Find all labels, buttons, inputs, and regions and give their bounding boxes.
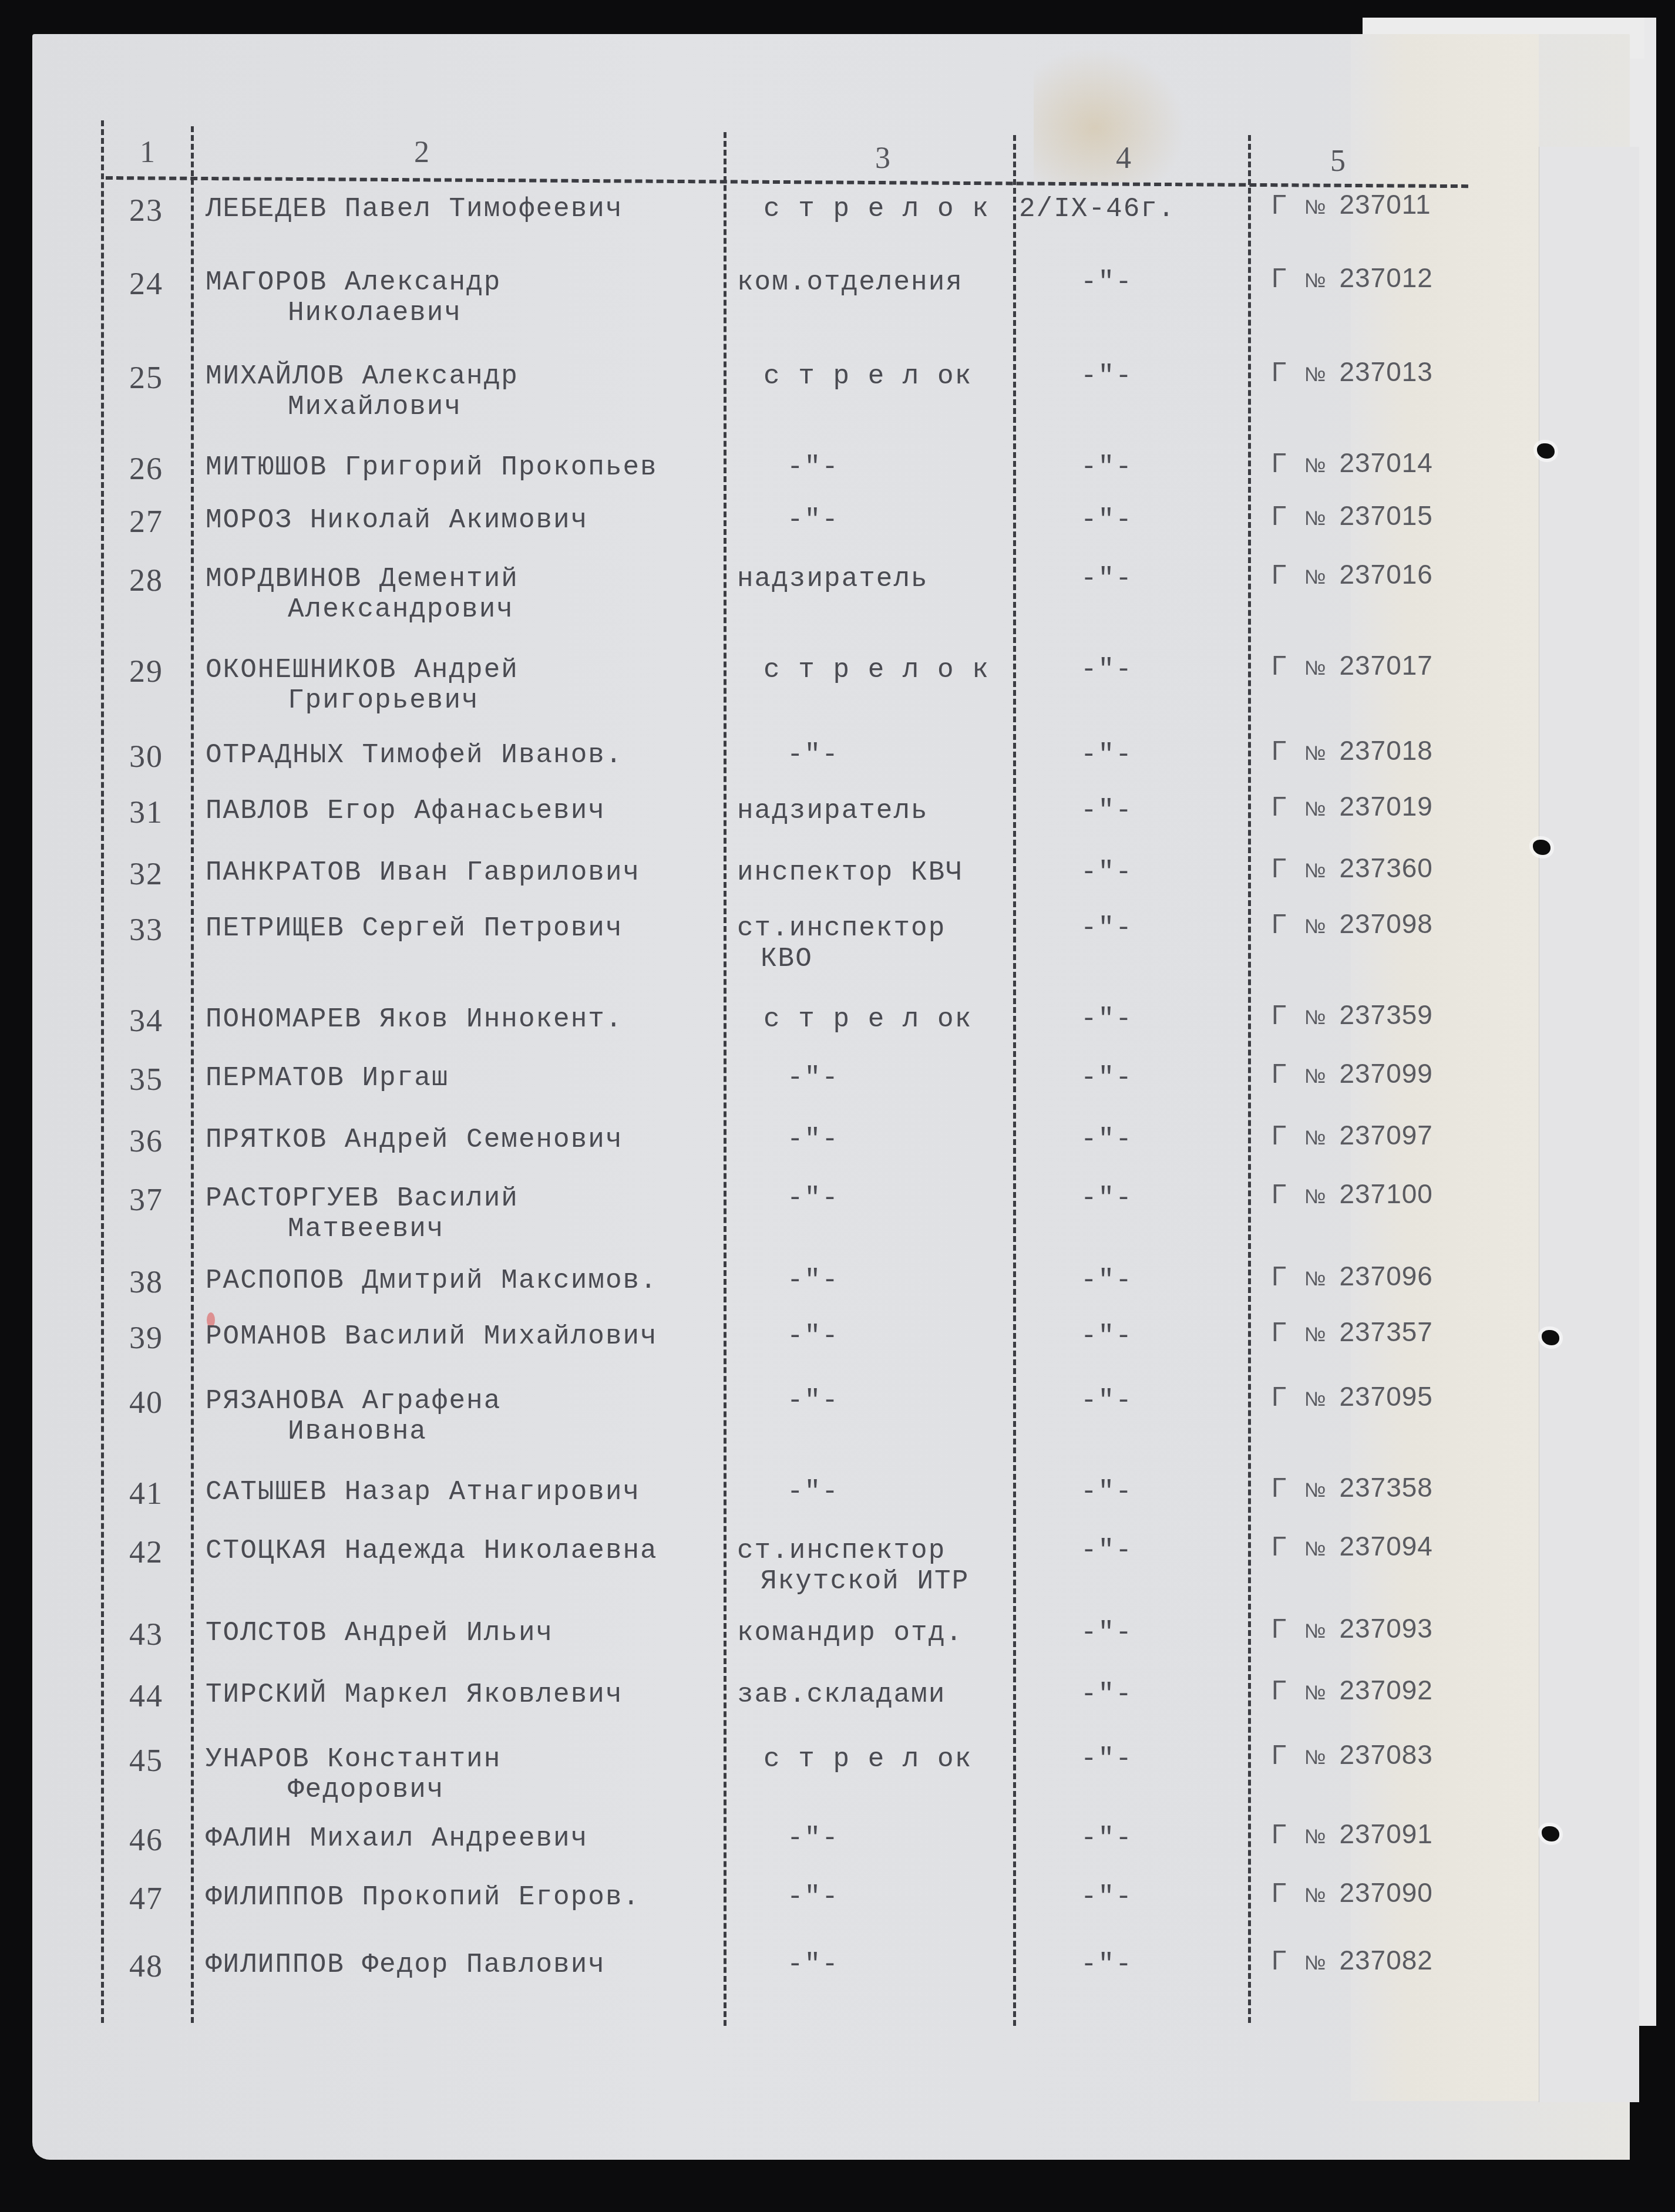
name-line-1: РОМАНОВ Василий Михайлович	[206, 1321, 658, 1352]
document-number: Г№237099	[1272, 1058, 1433, 1092]
position-line-1: ст.инспектор	[737, 913, 946, 944]
row-number: 38	[129, 1267, 163, 1297]
name-line-1: СТОЦКАЯ Надежда Николаевна	[206, 1536, 658, 1566]
doc-no: 237082	[1339, 1945, 1433, 1975]
doc-no: 237095	[1339, 1381, 1433, 1412]
position: с т р е л ок	[763, 361, 972, 392]
position-line-1: ст.инспектор	[737, 1536, 946, 1566]
date: -"-	[1081, 1265, 1133, 1296]
full-name: ОКОНЕШНИКОВ АндрейГригорьевич	[206, 655, 519, 716]
full-name: МАГОРОВ АлександрНиколаевич	[206, 267, 501, 328]
name-line-1: ОТРАДНЫХ Тимофей Иванов.	[206, 740, 623, 770]
name-line-1: РЯЗАНОВА Аграфена	[206, 1386, 501, 1416]
doc-no: 237092	[1339, 1675, 1433, 1705]
full-name: САТЫШЕВ Назар Атнагирович	[206, 1477, 640, 1507]
doc-no: 237019	[1339, 791, 1433, 821]
date: -"-	[1081, 505, 1133, 536]
full-name: СТОЦКАЯ Надежда Николаевна	[206, 1536, 658, 1566]
doc-series: Г	[1272, 853, 1287, 883]
position-line-2: Якутской ИТР	[737, 1566, 969, 1597]
position: с т р е л ок	[763, 1004, 972, 1035]
position: -"-	[787, 1183, 839, 1214]
doc-series: Г	[1272, 1179, 1287, 1209]
water-stain	[1034, 47, 1186, 182]
full-name: ФАЛИН Михаил Андреевич	[206, 1823, 588, 1854]
name-line-1: РАСПОПОВ Дмитрий Максимов.	[206, 1265, 658, 1296]
name-line-2: Михайлович	[206, 392, 519, 422]
position: -"-	[787, 1063, 839, 1093]
column-divider	[101, 120, 104, 2023]
date: -"-	[1081, 1744, 1133, 1775]
number-sign: №	[1304, 270, 1326, 292]
doc-no: 237099	[1339, 1058, 1433, 1089]
name-line-1: РАСТОРГУЕВ Василий	[206, 1183, 519, 1214]
document-number: Г№237015	[1272, 500, 1433, 534]
doc-series: Г	[1272, 1472, 1287, 1503]
doc-series: Г	[1272, 1613, 1287, 1644]
doc-no: 237090	[1339, 1877, 1433, 1908]
full-name: ПОНОМАРЕВ Яков Иннокент.	[206, 1004, 623, 1035]
position: надзиратель	[737, 796, 929, 826]
document-number: Г№237091	[1272, 1819, 1433, 1852]
number-sign: №	[1304, 1065, 1326, 1088]
full-name: МОРОЗ Николай Акимович	[206, 505, 588, 536]
number-sign: №	[1304, 1826, 1326, 1848]
document-number: Г№237082	[1272, 1945, 1433, 1978]
date: -"-	[1081, 740, 1133, 770]
doc-series: Г	[1272, 559, 1287, 590]
number-sign: №	[1304, 1746, 1326, 1769]
full-name: ПЕРМАТОВ Иргаш	[206, 1063, 449, 1093]
document-number: Г№237357	[1272, 1317, 1433, 1350]
full-name: РЯЗАНОВА АграфенаИвановна	[206, 1386, 501, 1447]
doc-series: Г	[1272, 1531, 1287, 1561]
row-number: 45	[129, 1745, 163, 1776]
name-line-2: Александрович	[206, 594, 519, 625]
number-sign: №	[1304, 1268, 1326, 1290]
doc-series: Г	[1272, 262, 1287, 293]
full-name: РОМАНОВ Василий Михайлович	[206, 1321, 658, 1352]
doc-series: Г	[1272, 1120, 1287, 1150]
position-line-1: -"-	[787, 1321, 839, 1352]
position: ст.инспекторКВО	[737, 913, 946, 974]
doc-series: Г	[1272, 1739, 1287, 1770]
number-sign: №	[1304, 1682, 1326, 1704]
number-sign: №	[1304, 1006, 1326, 1029]
full-name: ЛЕБЕДЕВ Павел Тимофеевич	[206, 194, 623, 224]
date: -"-	[1081, 267, 1133, 298]
doc-no: 237359	[1339, 999, 1433, 1030]
row-number: 44	[129, 1681, 163, 1711]
name-line-1: ЛЕБЕДЕВ Павел Тимофеевич	[206, 194, 623, 224]
document-number: Г№237011	[1272, 189, 1431, 223]
doc-no: 237360	[1339, 853, 1433, 883]
date: -"-	[1081, 1882, 1133, 1913]
column-number-4: 4	[1116, 141, 1131, 176]
date: -"-	[1081, 1004, 1133, 1035]
full-name: ФИЛИППОВ Прокопий Егоров.	[206, 1882, 640, 1913]
position: ком.отделения	[737, 267, 963, 298]
date: -"-	[1081, 857, 1133, 888]
doc-no: 237357	[1339, 1317, 1433, 1347]
document-number: Г№237095	[1272, 1381, 1433, 1415]
doc-no: 237358	[1339, 1472, 1433, 1503]
position-line-1: с т р е л ок	[763, 1004, 972, 1035]
doc-no: 237015	[1339, 500, 1433, 531]
name-line-1: ФИЛИППОВ Федор Павлович	[206, 1950, 606, 1980]
row-number: 29	[129, 656, 163, 686]
date: -"-	[1081, 1823, 1133, 1854]
name-line-1: МИХАЙЛОВ Александр	[206, 361, 519, 392]
row-number: 30	[129, 741, 163, 772]
number-sign: №	[1304, 798, 1326, 820]
full-name: ПЕТРИЩЕВ Сергей Петрович	[206, 913, 623, 944]
doc-series: Г	[1272, 999, 1287, 1030]
name-line-1: ТИРСКИЙ Маркел Яковлевич	[206, 1679, 623, 1710]
date: -"-	[1081, 1063, 1133, 1093]
date: -"-	[1081, 1321, 1133, 1352]
document-number: Г№237096	[1272, 1261, 1433, 1294]
date: -"-	[1081, 1386, 1133, 1416]
doc-no: 237018	[1339, 735, 1433, 766]
column-divider	[1013, 135, 1016, 2026]
doc-no: 237098	[1339, 908, 1433, 939]
date: -"-	[1081, 564, 1133, 594]
date: -"-	[1081, 1477, 1133, 1507]
doc-series: Г	[1272, 908, 1287, 939]
row-number: 47	[129, 1883, 163, 1914]
row-number: 35	[129, 1064, 163, 1095]
position-line-1: с т р е л о к	[763, 655, 990, 685]
date: -"-	[1081, 913, 1133, 944]
number-sign: №	[1304, 1538, 1326, 1560]
number-sign: №	[1304, 915, 1326, 938]
doc-series: Г	[1272, 1381, 1287, 1412]
row-number: 31	[129, 797, 163, 827]
position-line-1: инспектор КВЧ	[737, 857, 963, 888]
document-number: Г№237012	[1272, 262, 1433, 296]
name-line-1: ПАНКРАТОВ Иван Гаврилович	[206, 857, 640, 888]
doc-series: Г	[1272, 650, 1287, 681]
position: -"-	[787, 1477, 839, 1507]
row-number: 26	[129, 453, 163, 484]
document-number: Г№237359	[1272, 999, 1433, 1033]
row-number: 36	[129, 1126, 163, 1156]
number-sign: №	[1304, 566, 1326, 588]
column-number-1: 1	[140, 135, 155, 170]
doc-no: 237096	[1339, 1261, 1433, 1291]
date: -"-	[1081, 1618, 1133, 1648]
name-line-1: ПАВЛОВ Егор Афанасьевич	[206, 796, 606, 826]
document-number: Г№237017	[1272, 650, 1433, 684]
full-name: МОРДВИНОВ ДементийАлександрович	[206, 564, 519, 625]
position: с т р е л о к	[763, 194, 990, 224]
number-sign: №	[1304, 1620, 1326, 1642]
date: -"-	[1081, 1183, 1133, 1214]
document-number: Г№237360	[1272, 853, 1433, 886]
doc-no: 237016	[1339, 559, 1433, 590]
full-name: ТИРСКИЙ Маркел Яковлевич	[206, 1679, 623, 1710]
name-line-2: Матвеевич	[206, 1214, 519, 1244]
doc-no: 237014	[1339, 447, 1433, 478]
row-number: 34	[129, 1005, 163, 1036]
full-name: ФИЛИППОВ Федор Павлович	[206, 1950, 606, 1980]
doc-series: Г	[1272, 791, 1287, 821]
position-line-2: КВО	[737, 944, 946, 974]
position-line-1: зав.складами	[737, 1679, 946, 1710]
position: -"-	[787, 1823, 839, 1854]
doc-series: Г	[1272, 735, 1287, 766]
document-number: Г№237097	[1272, 1120, 1433, 1153]
position: -"-	[787, 452, 839, 483]
full-name: МИХАЙЛОВ АлександрМихайлович	[206, 361, 519, 422]
doc-no: 237093	[1339, 1613, 1433, 1644]
column-divider	[1248, 135, 1251, 2023]
column-number-3: 3	[875, 141, 890, 176]
document-number: Г№237090	[1272, 1877, 1433, 1911]
name-line-1: УНАРОВ Константин	[206, 1744, 501, 1775]
date: -"-	[1081, 1679, 1133, 1710]
doc-series: Г	[1272, 1675, 1287, 1705]
column-divider	[724, 132, 726, 2026]
doc-no: 237097	[1339, 1120, 1433, 1150]
row-number: 37	[129, 1184, 163, 1215]
position-line-1: -"-	[787, 505, 839, 536]
name-line-1: МАГОРОВ Александр	[206, 267, 501, 298]
number-sign: №	[1304, 363, 1326, 386]
doc-no: 237094	[1339, 1531, 1433, 1561]
document-number: Г№237098	[1272, 908, 1433, 942]
number-sign: №	[1304, 1127, 1326, 1149]
row-number: 23	[129, 195, 163, 225]
number-sign: №	[1304, 1186, 1326, 1208]
doc-no: 237083	[1339, 1739, 1433, 1770]
doc-series: Г	[1272, 1945, 1287, 1975]
doc-series: Г	[1272, 1261, 1287, 1291]
position: с т р е л о к	[763, 655, 990, 685]
document-number: Г№237083	[1272, 1739, 1433, 1773]
number-sign: №	[1304, 1479, 1326, 1501]
position-line-1: -"-	[787, 1950, 839, 1980]
position: зав.складами	[737, 1679, 946, 1710]
doc-series: Г	[1272, 1819, 1287, 1849]
position: с т р е л ок	[763, 1744, 972, 1775]
doc-series: Г	[1272, 1058, 1287, 1089]
number-sign: №	[1304, 1324, 1326, 1346]
number-sign: №	[1304, 860, 1326, 882]
position: ст.инспекторЯкутской ИТР	[737, 1536, 969, 1597]
doc-series: Г	[1272, 447, 1287, 478]
position-line-1: ком.отделения	[737, 267, 963, 298]
position-line-1: -"-	[787, 1265, 839, 1296]
row-number: 39	[129, 1322, 163, 1353]
date: 2/IX-46г.	[1019, 194, 1175, 224]
position-line-1: с т р е л ок	[763, 361, 972, 392]
position-line-1: -"-	[787, 452, 839, 483]
document-number: Г№237019	[1272, 791, 1433, 824]
doc-no: 237091	[1339, 1819, 1433, 1849]
position-line-1: -"-	[787, 740, 839, 770]
row-number: 43	[129, 1619, 163, 1649]
doc-no: 237100	[1339, 1179, 1433, 1209]
full-name: ТОЛСТОВ Андрей Ильич	[206, 1618, 553, 1648]
doc-series: Г	[1272, 189, 1287, 220]
full-name: УНАРОВ КонстантинФедорович	[206, 1744, 501, 1805]
doc-no: 237011	[1339, 189, 1431, 220]
row-number: 42	[129, 1537, 163, 1567]
doc-series: Г	[1272, 356, 1287, 387]
document-number: Г№237094	[1272, 1531, 1433, 1564]
doc-series: Г	[1272, 500, 1287, 531]
document-number: Г№237093	[1272, 1613, 1433, 1647]
number-sign: №	[1304, 196, 1326, 218]
date: -"-	[1081, 1124, 1133, 1155]
number-sign: №	[1304, 454, 1326, 477]
position: -"-	[787, 1950, 839, 1980]
document-number: Г№237016	[1272, 559, 1433, 592]
position: -"-	[787, 1882, 839, 1913]
row-number: 41	[129, 1478, 163, 1509]
number-sign: №	[1304, 742, 1326, 765]
number-sign: №	[1304, 1952, 1326, 1974]
position-line-1: -"-	[787, 1124, 839, 1155]
date: -"-	[1081, 452, 1133, 483]
full-name: РАСПОПОВ Дмитрий Максимов.	[206, 1265, 658, 1296]
full-name: РАСТОРГУЕВ ВасилийМатвеевич	[206, 1183, 519, 1244]
date: -"-	[1081, 655, 1133, 685]
position-line-1: -"-	[787, 1063, 839, 1093]
position-line-1: -"-	[787, 1386, 839, 1416]
name-line-2: Григорьевич	[206, 685, 519, 716]
position: -"-	[787, 1265, 839, 1296]
position: инспектор КВЧ	[737, 857, 963, 888]
number-sign: №	[1304, 1884, 1326, 1907]
full-name: МИТЮШОВ Григорий Прокопьев	[206, 452, 658, 483]
row-number: 25	[129, 362, 163, 393]
number-sign: №	[1304, 507, 1326, 530]
position-line-1: надзиратель	[737, 796, 929, 826]
document-number: Г№237358	[1272, 1472, 1433, 1506]
row-number: 27	[129, 506, 163, 537]
document-number: Г№237092	[1272, 1675, 1433, 1708]
document-number: Г№237014	[1272, 447, 1433, 481]
name-line-1: МОРДВИНОВ Дементий	[206, 564, 519, 594]
position-line-1: -"-	[787, 1183, 839, 1214]
doc-no: 237017	[1339, 650, 1433, 681]
position: -"-	[787, 1321, 839, 1352]
row-number: 24	[129, 268, 163, 299]
name-line-2: Федорович	[206, 1775, 501, 1805]
document-number: Г№237100	[1272, 1179, 1433, 1212]
name-line-1: ПЕРМАТОВ Иргаш	[206, 1063, 449, 1093]
name-line-2: Николаевич	[206, 298, 501, 328]
position-line-1: -"-	[787, 1882, 839, 1913]
name-line-1: ФИЛИППОВ Прокопий Егоров.	[206, 1882, 640, 1913]
position-line-1: -"-	[787, 1823, 839, 1854]
position: -"-	[787, 505, 839, 536]
doc-no: 237013	[1339, 356, 1433, 387]
name-line-1: ТОЛСТОВ Андрей Ильич	[206, 1618, 553, 1648]
name-line-1: ФАЛИН Михаил Андреевич	[206, 1823, 588, 1854]
name-line-1: МИТЮШОВ Григорий Прокопьев	[206, 452, 658, 483]
number-sign: №	[1304, 657, 1326, 679]
column-number-5: 5	[1330, 144, 1346, 179]
name-line-2: Ивановна	[206, 1416, 501, 1447]
position: надзиратель	[737, 564, 929, 594]
name-line-1: МОРОЗ Николай Акимович	[206, 505, 588, 536]
position-line-1: командир отд.	[737, 1618, 963, 1648]
row-number: 32	[129, 858, 163, 889]
position: -"-	[787, 1124, 839, 1155]
number-sign: №	[1304, 1388, 1326, 1410]
doc-no: 237012	[1339, 262, 1433, 293]
row-number: 28	[129, 565, 163, 595]
full-name: ОТРАДНЫХ Тимофей Иванов.	[206, 740, 623, 770]
row-number: 46	[129, 1824, 163, 1855]
binding-strip	[1539, 147, 1639, 2102]
row-number: 33	[129, 914, 163, 945]
full-name: ПАВЛОВ Егор Афанасьевич	[206, 796, 606, 826]
document-number: Г№237018	[1272, 735, 1433, 769]
name-line-1: ОКОНЕШНИКОВ Андрей	[206, 655, 519, 685]
doc-series: Г	[1272, 1317, 1287, 1347]
position-line-1: с т р е л о к	[763, 194, 990, 224]
position-line-1: с т р е л ок	[763, 1744, 972, 1775]
full-name: ПАНКРАТОВ Иван Гаврилович	[206, 857, 640, 888]
date: -"-	[1081, 1536, 1133, 1566]
name-line-1: ПОНОМАРЕВ Яков Иннокент.	[206, 1004, 623, 1035]
document-number: Г№237013	[1272, 356, 1433, 390]
date: -"-	[1081, 361, 1133, 392]
position: -"-	[787, 1386, 839, 1416]
date: -"-	[1081, 796, 1133, 826]
position-line-1: надзиратель	[737, 564, 929, 594]
row-number: 40	[129, 1387, 163, 1418]
column-divider	[191, 126, 194, 2023]
doc-series: Г	[1272, 1877, 1287, 1908]
position: командир отд.	[737, 1618, 963, 1648]
name-line-1: ПЕТРИЩЕВ Сергей Петрович	[206, 913, 623, 944]
position-line-1: -"-	[787, 1477, 839, 1507]
column-number-2: 2	[414, 135, 429, 170]
position: -"-	[787, 740, 839, 770]
full-name: ПРЯТКОВ Андрей Семенович	[206, 1124, 623, 1155]
name-line-1: ПРЯТКОВ Андрей Семенович	[206, 1124, 623, 1155]
row-number: 48	[129, 1951, 163, 1981]
name-line-1: САТЫШЕВ Назар Атнагирович	[206, 1477, 640, 1507]
date: -"-	[1081, 1950, 1133, 1980]
